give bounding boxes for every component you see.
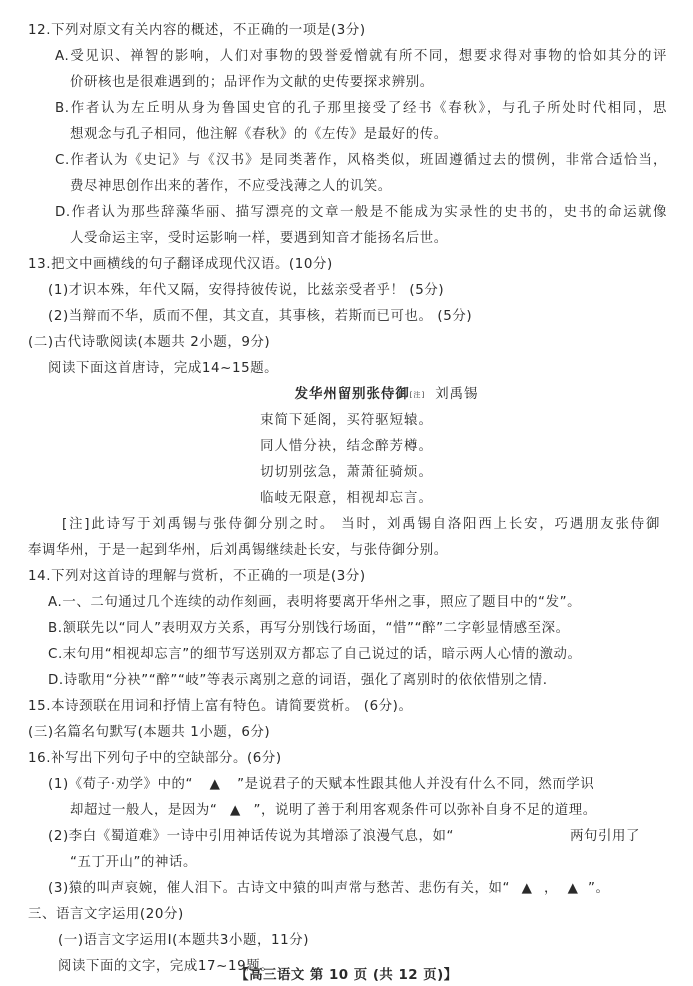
poem-line-4: 临岐无限意，相视却忘言。 bbox=[0, 490, 693, 508]
answer-blank[interactable]: ▲ bbox=[510, 880, 544, 898]
q12-option-d-line2: 人受命运主宰，受时运影响一样，要遇到知音才能扬名后世。 bbox=[70, 230, 448, 248]
q16-item-1-line1: (1)《荀子·劝学》中的“▲”是说君子的天赋本性跟其他人并没有什么不同，然而学识 bbox=[48, 776, 594, 794]
q13-item-1: (1)才识本殊，年代又隔，安得持彼传说，比兹亲受者乎！ (5分) bbox=[48, 282, 444, 300]
q16-item-2-line2: “五丁开山”的神话。 bbox=[70, 854, 197, 872]
q16-item1-text-c: 却超过一般人，是因为“ bbox=[70, 803, 217, 818]
q13-stem: 13.把文中画横线的句子翻译成现代汉语。(10分) bbox=[28, 256, 333, 274]
q12-option-d-line1: D.作者认为那些辞藻华丽、描写漂亮的文章一般是不能成为实录性的史书的，史书的命运… bbox=[55, 204, 667, 222]
q16-item3-sep: ， bbox=[544, 881, 558, 896]
q13-item-2: (2)当辩而不华，质而不俚，其文直，其事核，若斯而已可也。 (5分) bbox=[48, 308, 472, 326]
q14-option-d: D.诗歌用“分袂”“醉”“岐”等表示离别之意的词语，强化了离别时的依依惜别之情. bbox=[48, 672, 548, 690]
q16-item1-text-a: (1)《荀子·劝学》中的“ bbox=[48, 777, 193, 792]
section2-instruction: 阅读下面这首唐诗，完成14~15题。 bbox=[48, 360, 278, 378]
q16-item2-text-b: 两句引用了 bbox=[570, 829, 640, 844]
q12-stem: 12.下列对原文有关内容的概述，不正确的一项是(3分) bbox=[28, 22, 366, 40]
section3-heading: (三)名篇名句默写(本题共 1小题，6分) bbox=[28, 724, 270, 742]
section2-heading: (二)古代诗歌阅读(本题共 2小题，9分) bbox=[28, 334, 270, 352]
poem-note-line1: [注]此诗写于刘禹锡与张侍御分别之时。 当时，刘禹锡自洛阳西上长安，巧遇朋友张侍… bbox=[62, 516, 660, 534]
q16-item1-text-b: ”是说君子的天赋本性跟其他人并没有什么不同，然而学识 bbox=[237, 777, 594, 792]
q16-item3-text: (3)猿的叫声哀婉，催人泪下。古诗文中猿的叫声常与愁苦、悲伤有关，如“ bbox=[48, 881, 510, 896]
poem-note-mark: [注] bbox=[410, 391, 425, 399]
q12-option-c-line2: 费尽神思创作出来的著作，不应受浅薄之人的讥笑。 bbox=[70, 178, 392, 196]
poem-line-2: 同人惜分袂，结念醉芳樽。 bbox=[0, 438, 693, 456]
q12-option-b-line1: B.作者认为左丘明从身为鲁国史官的孔子那里接受了经书《春秋》，与孔子所处时代相同… bbox=[55, 100, 667, 118]
page-footer: 【高三语文 第 10 页 (共 12 页)】 bbox=[0, 964, 693, 983]
q12-option-a-line2: 价研核也是很难遇到的；品评作为文献的史传要探求辨别。 bbox=[70, 74, 434, 92]
answer-blank[interactable]: ▲ bbox=[217, 802, 253, 820]
answer-blank[interactable]: ▲ bbox=[558, 880, 588, 898]
poem-author: 刘禹锡 bbox=[435, 387, 478, 402]
q16-item3-end: ”。 bbox=[588, 881, 610, 896]
q14-option-b: B.颔联先以“同人”表明双方关系，再写分别饯行场面，“惜”“醉”二字彰显情感至深… bbox=[48, 620, 570, 638]
q16-item-2-line1: (2)李白《蜀道难》一诗中引用神话传说为其增添了浪漫气息，如“两句引用了 bbox=[48, 828, 640, 846]
poem-line-3: 切切别弦急，萧萧征骑烦。 bbox=[0, 464, 693, 482]
part3-heading: 三、语言文字运用(20分) bbox=[28, 906, 184, 924]
q14-stem: 14.下列对这首诗的理解与赏析，不正确的一项是(3分) bbox=[28, 568, 366, 586]
q12-option-b-line2: 想观念与孔子相同，他注解《春秋》的《左传》是最好的传。 bbox=[70, 126, 448, 144]
part3-sub-heading: (一)语言文字运用Ⅰ(本题共3小题，11分) bbox=[58, 932, 309, 950]
q12-option-a-line1: A.受见识、禅智的影响，人们对事物的毁誉爱憎就有所不同，想要求得对事物的恰如其分… bbox=[55, 48, 667, 66]
exam-page: 12.下列对原文有关内容的概述，不正确的一项是(3分) A.受见识、禅智的影响，… bbox=[0, 0, 693, 986]
q16-stem: 16.补写出下列句子中的空缺部分。(6分) bbox=[28, 750, 282, 768]
q16-item1-text-d: ”，说明了善于利用客观条件可以弥补自身不足的道理。 bbox=[253, 803, 596, 818]
poem-title-text: 发华州留别张侍御 bbox=[295, 387, 410, 402]
poem-title: 发华州留别张侍御[注]刘禹锡 bbox=[0, 386, 693, 404]
answer-blank[interactable]: ▲ bbox=[193, 776, 237, 794]
q16-item-1-line2: 却超过一般人，是因为“▲”，说明了善于利用客观条件可以弥补自身不足的道理。 bbox=[70, 802, 597, 820]
q15-stem: 15.本诗颈联在用词和抒情上富有特色。请简要赏析。 (6分)。 bbox=[28, 698, 413, 716]
poem-note-line2: 奉调华州，于是一起到华州，后刘禹锡继续赴长安，与张侍御分别。 bbox=[28, 542, 448, 560]
q12-option-c-line1: C.作者认为《史记》与《汉书》是同类著作，风格类似，班固遵循过去的惯例，非常合适… bbox=[55, 152, 667, 170]
q14-option-c: C.末句用“相视却忘言”的细节写送别双方都忘了自己说过的话，暗示两人心情的激动。 bbox=[48, 646, 582, 664]
poem-line-1: 束简下延阁，买符驱短辕。 bbox=[0, 412, 693, 430]
q16-item-3: (3)猿的叫声哀婉，催人泪下。古诗文中猿的叫声常与愁苦、悲伤有关，如“▲，▲”。 bbox=[48, 880, 610, 898]
q16-item2-text-a: (2)李白《蜀道难》一诗中引用神话传说为其增添了浪漫气息，如“ bbox=[48, 829, 454, 844]
q14-option-a: A.一、二句通过几个连续的动作刻画，表明将要离开华州之事，照应了题目中的“发”。 bbox=[48, 594, 581, 612]
